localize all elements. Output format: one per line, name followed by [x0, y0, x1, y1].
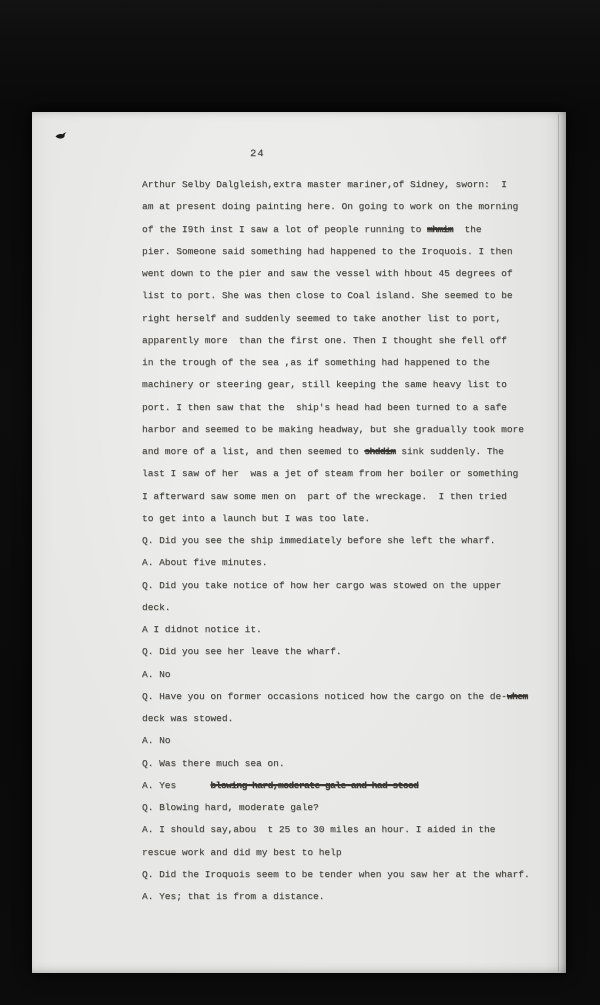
typed-text: harbor and seemed to be making headway, …	[142, 424, 524, 435]
typed-line: I afterward saw some men on part of the …	[142, 486, 546, 508]
typed-line: port. I then saw that the ship's head ha…	[142, 397, 546, 419]
typed-text: A. I should say,abou t 25 to 30 miles an…	[142, 824, 495, 835]
typed-line: right herself and suddenly seemed to tak…	[142, 308, 546, 330]
typed-line: Q. Did you see her leave the wharf.	[142, 641, 546, 663]
typed-text: Arthur Selby Dalgleish,extra master mari…	[142, 179, 507, 190]
struck-text: mhmim	[427, 224, 453, 235]
page-number: 24	[250, 148, 265, 160]
typed-line: of the I9th inst I saw a lot of people r…	[142, 219, 546, 241]
typed-text: sink suddenly. The	[396, 446, 504, 457]
typed-line: Q. Did you take notice of how her cargo …	[142, 575, 546, 597]
typed-text: to get into a launch but I was too late.	[142, 513, 370, 524]
typed-line: to get into a launch but I was too late.	[142, 508, 546, 530]
document-page: 24 Arthur Selby Dalgleish,extra master m…	[32, 112, 566, 973]
typed-line: Q. Have you on former occasions noticed …	[142, 686, 546, 708]
typed-line: Q. Did you see the ship immediately befo…	[142, 530, 546, 552]
typed-text: of the I9th inst I saw a lot of people r…	[142, 224, 427, 235]
typed-line: Q. Blowing hard, moderate gale?	[142, 797, 546, 819]
typed-text: A. Yes; that is from a distance.	[142, 891, 324, 902]
typed-line: Q. Was there much sea on.	[142, 753, 546, 775]
typed-text: last I saw of her was a jet of steam fro…	[142, 468, 518, 479]
struck-text: shddim	[364, 446, 395, 457]
typed-line: harbor and seemed to be making headway, …	[142, 419, 546, 441]
typed-line: A. Yes blowing hard,moderate gale and ha…	[142, 775, 546, 797]
typed-text: Q. Did you see her leave the wharf.	[142, 646, 342, 657]
struck-text: whem	[507, 691, 528, 702]
typed-line: went down to the pier and saw the vessel…	[142, 263, 546, 285]
typed-line: pier. Someone said something had happene…	[142, 241, 546, 263]
typed-text: pier. Someone said something had happene…	[142, 246, 513, 257]
struck-text: blowing hard,moderate gale and had stood	[210, 780, 418, 791]
typed-text: Q. Have you on former occasions noticed …	[142, 691, 507, 702]
typed-line: machinery or steering gear, still keepin…	[142, 374, 546, 396]
typed-line: rescue work and did my best to help	[142, 842, 546, 864]
typed-text: and more of a list, and then seemed to	[142, 446, 364, 457]
typed-text: machinery or steering gear, still keepin…	[142, 379, 507, 390]
typed-text: right herself and suddenly seemed to tak…	[142, 313, 501, 324]
typed-lines: Arthur Selby Dalgleish,extra master mari…	[142, 174, 546, 908]
typed-line: A. Yes; that is from a distance.	[142, 886, 546, 908]
ink-mark-icon	[54, 131, 70, 143]
typed-line: apparently more than the first one. Then…	[142, 330, 546, 352]
typed-text: Q. Was there much sea on.	[142, 758, 285, 769]
typed-text: A. Yes	[142, 780, 210, 791]
typed-line: Q. Did the Iroquois seem to be tender wh…	[142, 864, 546, 886]
typed-text: in the trough of the sea ,as if somethin…	[142, 357, 490, 368]
typed-text: rescue work and did my best to help	[142, 847, 342, 858]
typed-text: A. About five minutes.	[142, 557, 267, 568]
typed-text: port. I then saw that the ship's head ha…	[142, 402, 507, 413]
typed-text: list to port. She was then close to Coal…	[142, 290, 513, 301]
typed-text: Q. Did the Iroquois seem to be tender wh…	[142, 869, 530, 880]
typed-text: went down to the pier and saw the vessel…	[142, 268, 513, 279]
typed-text: Q. Did you take notice of how her cargo …	[142, 580, 501, 591]
typed-line: deck.	[142, 597, 546, 619]
typed-text: I afterward saw some men on part of the …	[142, 491, 507, 502]
typed-text: am at present doing painting here. On go…	[142, 201, 518, 212]
typed-line: Arthur Selby Dalgleish,extra master mari…	[142, 174, 546, 196]
typed-text: A. No	[142, 735, 171, 746]
typed-line: A. No	[142, 730, 546, 752]
typed-line: in the trough of the sea ,as if somethin…	[142, 352, 546, 374]
typed-line: list to port. She was then close to Coal…	[142, 285, 546, 307]
typed-text: A. No	[142, 669, 171, 680]
typed-line: last I saw of her was a jet of steam fro…	[142, 463, 546, 485]
typed-text: deck.	[142, 602, 171, 613]
typed-line: deck was stowed.	[142, 708, 546, 730]
typed-line: A. No	[142, 664, 546, 686]
typed-text: Q. Blowing hard, moderate gale?	[142, 802, 319, 813]
typed-line: A I didnot notice it.	[142, 619, 546, 641]
typed-line: A. About five minutes.	[142, 552, 546, 574]
typed-text: the	[453, 224, 482, 235]
typed-text: A I didnot notice it.	[142, 624, 262, 635]
typed-line: A. I should say,abou t 25 to 30 miles an…	[142, 819, 546, 841]
typed-text: Q. Did you see the ship immediately befo…	[142, 535, 495, 546]
typed-text: deck was stowed.	[142, 713, 233, 724]
typed-text: apparently more than the first one. Then…	[142, 335, 507, 346]
typed-line: am at present doing painting here. On go…	[142, 196, 546, 218]
typed-line: and more of a list, and then seemed to s…	[142, 441, 546, 463]
